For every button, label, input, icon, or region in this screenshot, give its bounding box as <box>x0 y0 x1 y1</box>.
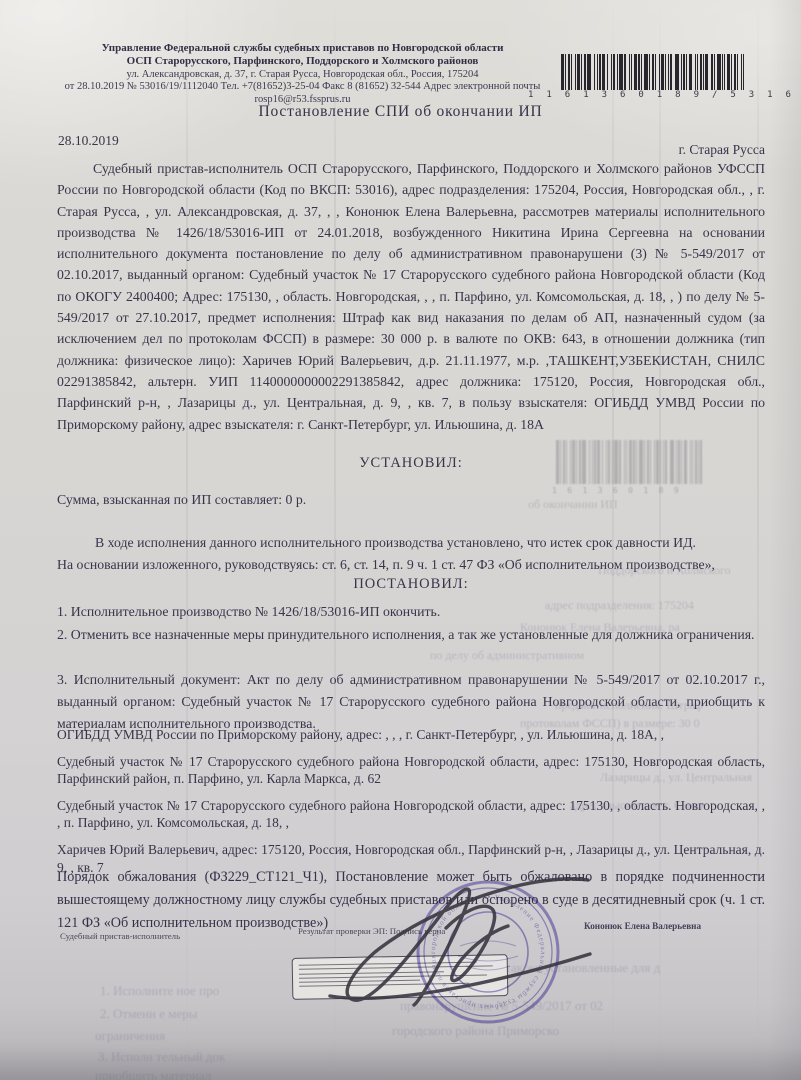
document-city: г. Старая Русса <box>57 142 765 158</box>
document-title: Постановление СПИ об окончании ИП <box>0 103 801 121</box>
handwritten-signature <box>270 850 630 1030</box>
barcode <box>561 54 744 90</box>
document-page: Управление Федеральной службы судебных п… <box>0 0 801 1080</box>
postanovil-heading: ПОСТАНОВИЛ: <box>57 576 765 593</box>
bleed-through-barcode-digits: 1 6 1 3 6 0 1 8 9 <box>552 486 681 495</box>
intro-paragraph: Судебный пристав-исполнитель ОСП Старору… <box>57 158 765 435</box>
barcode-digits: 1 1 6 1 3 6 0 1 8 9 / 5 3 1 6 <box>528 90 768 100</box>
bleed-through-barcode <box>556 440 702 484</box>
finding-line1: В ходе исполнения данного исполнительног… <box>57 532 765 553</box>
bailiff-label: Судебный пристав-исполнитель <box>60 931 180 941</box>
